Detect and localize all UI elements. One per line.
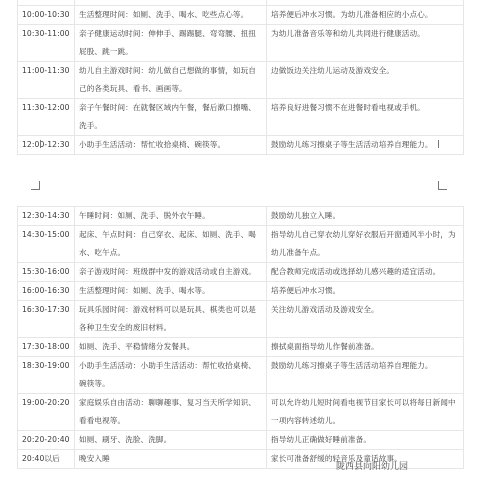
activity-cell: 亲子游戏时间：班级群中发的游戏活动或自主游戏。 [75, 263, 267, 282]
note-cell: 关注幼儿游戏活动及游戏安全。 [267, 301, 464, 338]
time-cell: 11:00-11:30 [18, 62, 75, 99]
time-cell: 16:00-16:30 [18, 282, 75, 301]
note-cell: 鼓励幼儿独立入睡。 [267, 207, 464, 226]
activity-cell: 午睡时间：如厕、洗手、脱外衣午睡。 [75, 207, 267, 226]
note-cell: 边做饭边关注幼儿运动及游戏安全。 [267, 62, 464, 99]
note-cell: 为幼儿准备音乐等和幼儿共同进行健康活动。 [267, 25, 464, 62]
page-corner-mark [31, 181, 40, 190]
note-cell: 鼓励幼儿练习擦桌子等生活活动培养自理能力。 [267, 357, 464, 394]
note-cell: 培养便后冲水习惯。为幼儿准备相应的小点心。 [267, 6, 464, 25]
time-cell: 12:30-14:30 [18, 207, 75, 226]
time-cell: 18:30-19:00 [18, 357, 75, 394]
table-row: 12:30-14:30 午睡时间：如厕、洗手、脱外衣午睡。 鼓励幼儿独立入睡。 [18, 207, 464, 226]
time-cell: 16:30-17:30 [18, 301, 75, 338]
activity-cell: 幼儿自主游戏时间：幼儿做自己想做的事情，如玩自己的各类玩具、看书、画画等。 [75, 62, 267, 99]
activity-cell: 起床、午点时间：自己穿衣、起床、如厕、洗手、喝水、吃午点。 [75, 226, 267, 263]
table-row: 10:30-11:00 亲子健康运动时间：伸伸手、踢踢腿、弯弯腰、扭扭屁股、跳一… [18, 25, 464, 62]
time-cell: 14:30-15:00 [18, 226, 75, 263]
time-cell: 15:30-16:00 [18, 263, 75, 282]
time-cell: 10:30-11:00 [18, 25, 75, 62]
time-cell: 11:30-12:00 [18, 99, 75, 136]
activity-cell: 晚安入睡 [75, 450, 267, 469]
page-margin-mark [438, 140, 439, 148]
activity-cell: 家庭娱乐自由活动：聊聊趣事、复习当天所学知识、看看电视等。 [75, 394, 267, 431]
note-cell: 鼓励幼儿练习擦桌子等生活活动培养自理能力。 [267, 136, 464, 155]
note-cell: 培养便后冲水习惯。 [267, 282, 464, 301]
activity-cell: 亲子午餐时间：在就餐区域内午餐，餐后漱口擦嘴、洗手。 [75, 99, 267, 136]
table-row: 16:00-16:30 生活整理时间：如厕、洗手、喝水等。 培养便后冲水习惯。 [18, 282, 464, 301]
table-row: 18:30-19:00 小助手生活活动：小助手生活活动：帮忙收拾桌椅、碗筷等。 … [18, 357, 464, 394]
time-cell: 20:20-20:40 [18, 431, 75, 450]
kindergarten-signature: 陇西县向阳幼儿园 [336, 459, 408, 472]
page-margin-mark [40, 140, 41, 148]
schedule-table-afternoon: 12:30-14:30 午睡时间：如厕、洗手、脱外衣午睡。 鼓励幼儿独立入睡。 … [17, 206, 464, 469]
table-row: 20:20-20:40 如厕、刷牙、洗脸、洗脚。 指导幼儿正确做好睡前准备。 [18, 431, 464, 450]
note-cell: 配合教师完成活动或选择幼儿感兴趣的适宜活动。 [267, 263, 464, 282]
table-row: 11:00-11:30 幼儿自主游戏时间：幼儿做自己想做的事情，如玩自己的各类玩… [18, 62, 464, 99]
activity-cell: 小助手生活活动：帮忙收拾桌椅、碗筷等。 [75, 136, 267, 155]
activity-cell: 亲子健康运动时间：伸伸手、踢踢腿、弯弯腰、扭扭屁股、跳一跳。 [75, 25, 267, 62]
activity-cell: 小助手生活活动：小助手生活活动：帮忙收拾桌椅、碗筷等。 [75, 357, 267, 394]
note-cell: 培养良好进餐习惯不在进餐时看电视或手机。 [267, 99, 464, 136]
table-row: 15:30-16:00 亲子游戏时间：班级群中发的游戏活动或自主游戏。 配合教师… [18, 263, 464, 282]
table-row: 14:30-15:00 起床、午点时间：自己穿衣、起床、如厕、洗手、喝水、吃午点… [18, 226, 464, 263]
page-corner-mark [438, 181, 447, 190]
table-row: 17:30-18:00 如厕、洗手、平稳情绪分发餐具。 擦拭桌面指导幼儿作餐前准… [18, 338, 464, 357]
time-cell: 12:00-12:30 [18, 136, 75, 155]
note-cell: 指导幼儿正确做好睡前准备。 [267, 431, 464, 450]
table-row: 10:00-10:30 生活整理时间：如厕、洗手、喝水、吃些点心等。 培养便后冲… [18, 6, 464, 25]
note-cell: 擦拭桌面指导幼儿作餐前准备。 [267, 338, 464, 357]
table-row: 19:00-20:20 家庭娱乐自由活动：聊聊趣事、复习当天所学知识、看看电视等… [18, 394, 464, 431]
activity-cell: 生活整理时间：如厕、洗手、喝水等。 [75, 282, 267, 301]
table-row: 16:30-17:30 玩具乐园时间：游戏材料可以是玩具、棋类也可以是各种卫生安… [18, 301, 464, 338]
note-cell: 指导幼儿自己穿衣幼儿穿好衣服后开窗通风半小时，为幼儿准备午点。 [267, 226, 464, 263]
activity-cell: 玩具乐园时间：游戏材料可以是玩具、棋类也可以是各种卫生安全的废旧材料。 [75, 301, 267, 338]
time-cell: 17:30-18:00 [18, 338, 75, 357]
time-cell: 19:00-20:20 [18, 394, 75, 431]
note-cell: 可以允许幼儿短时间看电视节目家长可以将每日新闻中一项内容转述幼儿。 [267, 394, 464, 431]
activity-cell: 如厕、洗手、平稳情绪分发餐具。 [75, 338, 267, 357]
time-cell: 10:00-10:30 [18, 6, 75, 25]
table-row: 12:00-12:30 小助手生活活动：帮忙收拾桌椅、碗筷等。 鼓励幼儿练习擦桌… [18, 136, 464, 155]
activity-cell: 如厕、刷牙、洗脸、洗脚。 [75, 431, 267, 450]
activity-cell: 生活整理时间：如厕、洗手、喝水、吃些点心等。 [75, 6, 267, 25]
schedule-table-morning: 10:00-10:30 生活整理时间：如厕、洗手、喝水、吃些点心等。 培养便后冲… [17, 0, 464, 155]
table-row: 11:30-12:00 亲子午餐时间：在就餐区域内午餐，餐后漱口擦嘴、洗手。 培… [18, 99, 464, 136]
time-cell: 20:40以后 [18, 450, 75, 469]
